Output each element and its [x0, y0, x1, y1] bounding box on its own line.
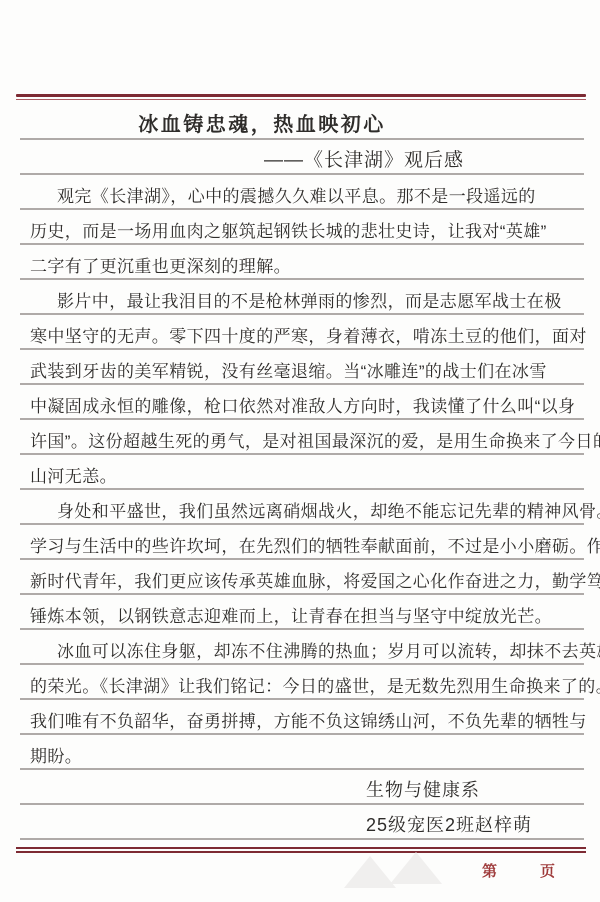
watermark-triangle-icon: [344, 856, 396, 888]
body-line: 二字有了更沉重也更深刻的理解。: [20, 245, 584, 280]
signature-class-name: 25级宠医2班赵梓萌: [20, 805, 584, 840]
body-line: 武装到牙齿的美军精锐，没有丝毫退缩。当“冰雕连”的战士们在冰雪: [20, 350, 584, 385]
body-line: 身处和平盛世，我们虽然远离硝烟战火，却绝不能忘记先辈的精神风骨。: [20, 490, 584, 525]
body-line: 锤炼本领，以钢铁意志迎难而上，让青春在担当与坚守中绽放光芒。: [20, 595, 584, 630]
body-line: 寒中坚守的无声。零下四十度的严寒，身着薄衣，啃冻土豆的他们，面对: [20, 315, 584, 350]
top-rule-thick-line: [16, 94, 586, 97]
bottom-rule-line-2: [16, 851, 586, 853]
body-line: 学习与生活中的些许坎坷，在先烈们的牺牲奉献面前，不过是小小磨砺。作为: [20, 525, 584, 560]
watermark-chevrons-icon: [344, 852, 464, 892]
body-line: 期盼。: [20, 735, 584, 770]
top-margin-rule: [16, 94, 586, 100]
body-line: 影片中，最让我泪目的不是枪林弹雨的惨烈，而是志愿军战士在极: [20, 280, 584, 315]
page-number-suffix: 页: [540, 860, 556, 881]
body-line: 的荣光。《长津湖》让我们铭记：今日的盛世，是无数先烈用生命换来了的。: [20, 665, 584, 700]
handwritten-essay-page: 冰血铸忠魂，热血映初心——《长津湖》观后感观完《长津湖》，心中的震撼久久难以平息…: [0, 0, 600, 902]
top-rule-thin-line: [16, 99, 586, 100]
bottom-rule-line-1: [16, 847, 586, 849]
page-number-footer: 第 页: [482, 860, 556, 881]
body-line: 新时代青年，我们更应该传承英雄血脉，将爱国之心化作奋进之力，勤学笃行，: [20, 560, 584, 595]
bottom-margin-rule: [16, 845, 586, 853]
body-line: 历史，而是一场用血肉之躯筑起钢铁长城的悲壮史诗，让我对“英雄”: [20, 210, 584, 245]
body-line: 我们唯有不负韶华，奋勇拼搏，方能不负这锦绣山河，不负先辈的牺牲与: [20, 700, 584, 735]
essay-title: 冰血铸忠魂，热血映初心: [20, 105, 584, 140]
signature-department: 生物与健康系: [20, 770, 584, 805]
page-number-prefix: 第: [482, 860, 498, 881]
essay-subtitle: ——《长津湖》观后感: [20, 140, 584, 175]
essay-ruled-lines: 冰血铸忠魂，热血映初心——《长津湖》观后感观完《长津湖》，心中的震撼久久难以平息…: [20, 105, 584, 840]
watermark-triangle-icon: [390, 852, 442, 884]
body-line: 山河无恙。: [20, 455, 584, 490]
body-line: 观完《长津湖》，心中的震撼久久难以平息。那不是一段遥远的: [20, 175, 584, 210]
body-line: 冰血可以冻住身躯，却冻不住沸腾的热血；岁月可以流转，却抹不去英雄: [20, 630, 584, 665]
body-line: 中凝固成永恒的雕像，枪口依然对准敌人方向时，我读懂了什么叫“以身: [20, 385, 584, 420]
body-line: 许国”。这份超越生死的勇气，是对祖国最深沉的爱，是用生命换来了今日的: [20, 420, 584, 455]
